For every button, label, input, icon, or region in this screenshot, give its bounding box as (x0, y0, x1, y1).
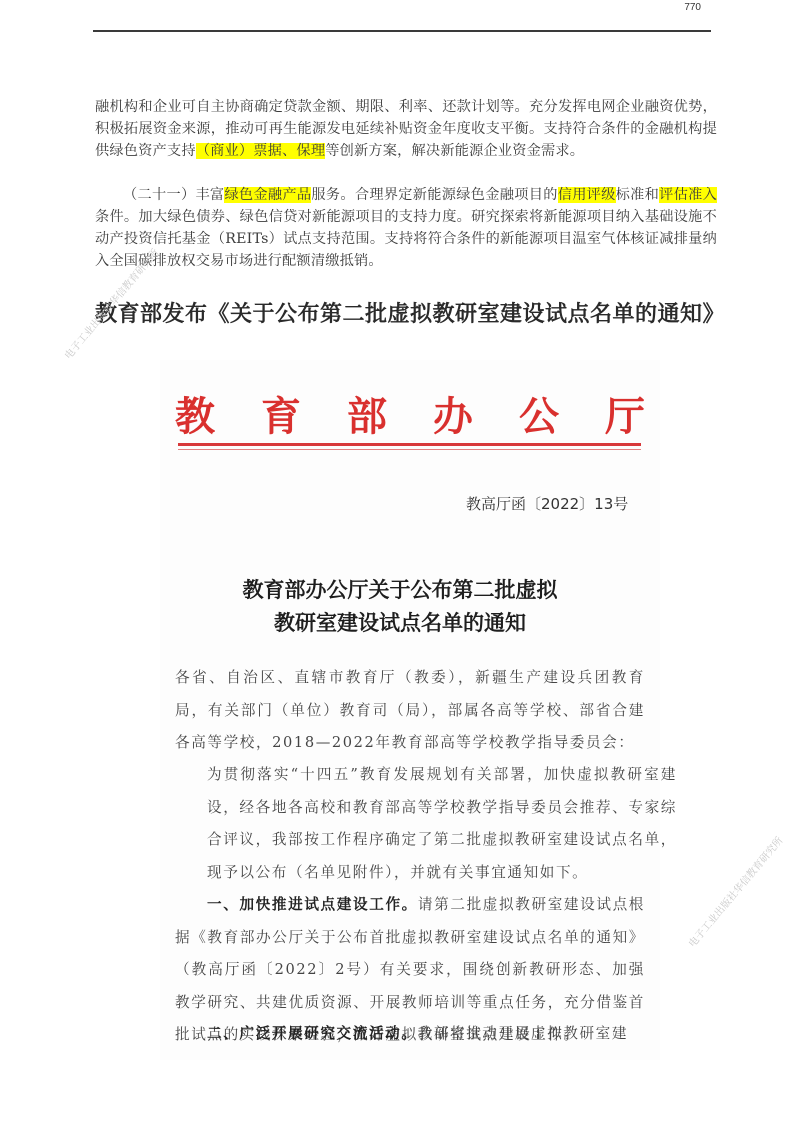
item1-heading: 一、加快推进试点建设工作。 (175, 896, 418, 913)
text-run: 条件。加大绿色债券、绿色信贷对新能源项目的支持力度。研究探索将新能源项目纳入基础… (95, 209, 717, 269)
watermark-right: 电子工业出版社华信教育研究所 (684, 833, 785, 950)
text-run: 等创新方案，解决新能源企业资金需求。 (325, 143, 584, 159)
org-letterhead-title: 教 育 部 办 公 厅 (175, 385, 645, 442)
letterhead-red-rule (178, 443, 641, 446)
notice-title-line1: 教育部办公厅关于公布第二批虚拟 (200, 573, 600, 606)
paragraph-green-finance-1: 融机构和企业可自主协商确定贷款金额、期限、利率、还款计划等。充分发挥电网企业融资… (95, 96, 717, 162)
letterhead-char: 育 (261, 385, 301, 442)
document-number: 教高厅函〔2022〕13号 (466, 493, 628, 514)
letterhead-char: 办 (433, 385, 473, 442)
header-divider (93, 30, 711, 32)
intro-paragraph: 为贯彻落实“十四五”教育发展规划有关部署，加快虚拟教研室建设，经各地各高校和教育… (175, 759, 677, 889)
highlighted-text: 评估准入 (659, 187, 717, 203)
item2-paragraph: 二、广泛开展研究交流活动。我部将推动开展虚拟教研室建 (175, 1018, 645, 1051)
highlighted-text: 信用评级 (558, 187, 616, 203)
page-number: 770 (684, 2, 701, 13)
text-run: 标准和 (616, 187, 659, 203)
letterhead-char: 部 (347, 385, 387, 442)
highlighted-text: （商业）票据、保理 (196, 143, 326, 159)
paragraph-green-finance-2: （二十一）丰富绿色金融产品服务。合理界定新能源绿色金融项目的信用评级标准和评估准… (95, 184, 717, 272)
text-run: 服务。合理界定新能源绿色金融项目的 (311, 187, 557, 203)
notice-title: 教育部办公厅关于公布第二批虚拟 教研室建设试点名单的通知 (200, 573, 600, 639)
letterhead-char: 厅 (605, 385, 645, 442)
section-heading: 教育部发布《关于公布第二批虚拟教研室建设试点名单的通知》 (95, 300, 715, 330)
item2-heading: 二、广泛开展研究交流活动。 (175, 1025, 418, 1042)
letterhead-red-rule-thin (178, 449, 641, 450)
addressees-paragraph: 各省、自治区、直辖市教育厅（教委），新疆生产建设兵团教育局，有关部门（单位）教育… (175, 662, 645, 760)
notice-title-line2: 教研室建设试点名单的通知 (200, 606, 600, 639)
letterhead-char: 教 (175, 385, 215, 442)
highlighted-text: 绿色金融产品 (224, 187, 311, 203)
item2-body: 我部将推动开展虚拟教研室建 (418, 1025, 629, 1042)
text-run: （二十一）丰富 (95, 187, 224, 203)
letterhead-char: 公 (519, 385, 559, 442)
